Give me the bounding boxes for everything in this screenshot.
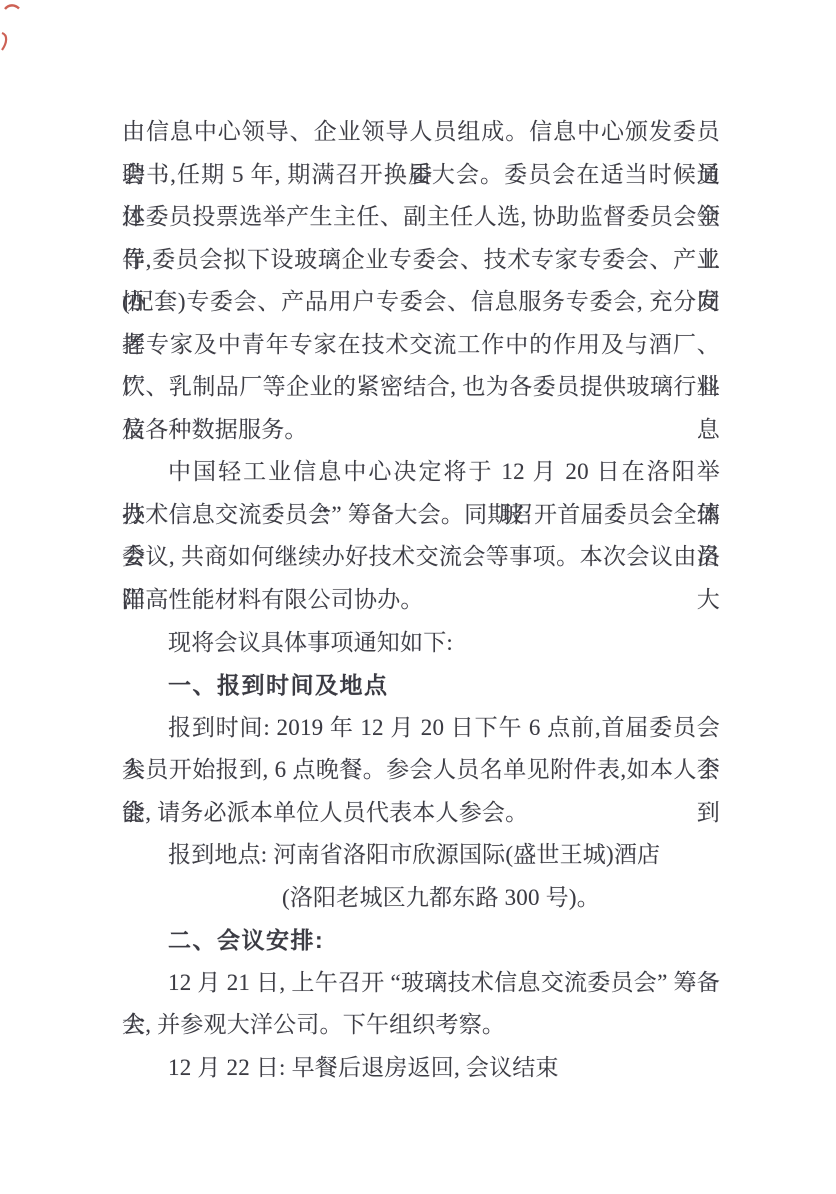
red-scan-mark-icon [0,0,30,60]
doc-line: 由信息中心领导、企业领导人员组成。信息中心颁发委员会委员 [122,111,720,154]
document-page: 由信息中心领导、企业领导人员组成。信息中心颁发委员会委员 聘书,任期 5 年, … [0,0,836,1194]
doc-line: (配套)专委会、产品用户专委会、信息服务专委会, 充分发挥 [122,281,720,324]
doc-line: 作,委员会拟下设玻璃企业专委会、技术专家专委会、产业协同 [122,239,720,282]
doc-line: 报到地点: 河南省洛阳市欣源国际(盛世王城)酒店 [122,834,720,877]
doc-line: 人员开始报到, 6 点晚餐。参会人员名单见附件表,如本人不能到 [122,749,720,792]
doc-line: (洛阳老城区九都东路 300 号)。 [122,877,720,920]
doc-line: 现将会议具体事项通知如下: [122,622,720,665]
section-heading-2: 二、会议安排: [122,919,720,962]
doc-line: 聘书,任期 5 年, 期满召开换届大会。委员会在适当时候通过全 [122,154,720,197]
doc-line: 体委员投票选举产生主任、副主任人选, 协助监督委员会领导工 [122,196,720,239]
doc-line: 技术信息交流委员会” 筹备大会。同期召开首届委员会全体委员 [122,494,720,537]
doc-line: 12 月 21 日, 上午召开 “玻璃技术信息交流委员会” 筹备大 [122,962,720,1005]
doc-line: 会议, 共商如何继续办好技术交流会等事项。本次会议由洛阳大 [122,536,720,579]
doc-line: 老专家及中青年专家在技术交流工作中的作用及与酒厂、饮料 [122,324,720,367]
doc-line: 厂、乳制品厂等企业的紧密结合, 也为各委员提供玻璃行业信息 [122,366,720,409]
doc-line: 12 月 22 日: 早餐后退房返回, 会议结束 [122,1047,720,1090]
section-heading-1: 一、报到时间及地点 [122,664,720,707]
doc-line: 报到时间: 2019 年 12 月 20 日下午 6 点前,首届委员会参会 [122,707,720,750]
doc-line: 中国轻工业信息中心决定将于 12 月 20 日在洛阳举办“玻璃 [122,451,720,494]
doc-line: 会, 并参观大洋公司。下午组织考察。 [122,1004,720,1047]
document-text-block: 由信息中心领导、企业领导人员组成。信息中心颁发委员会委员 聘书,任期 5 年, … [122,111,720,1090]
